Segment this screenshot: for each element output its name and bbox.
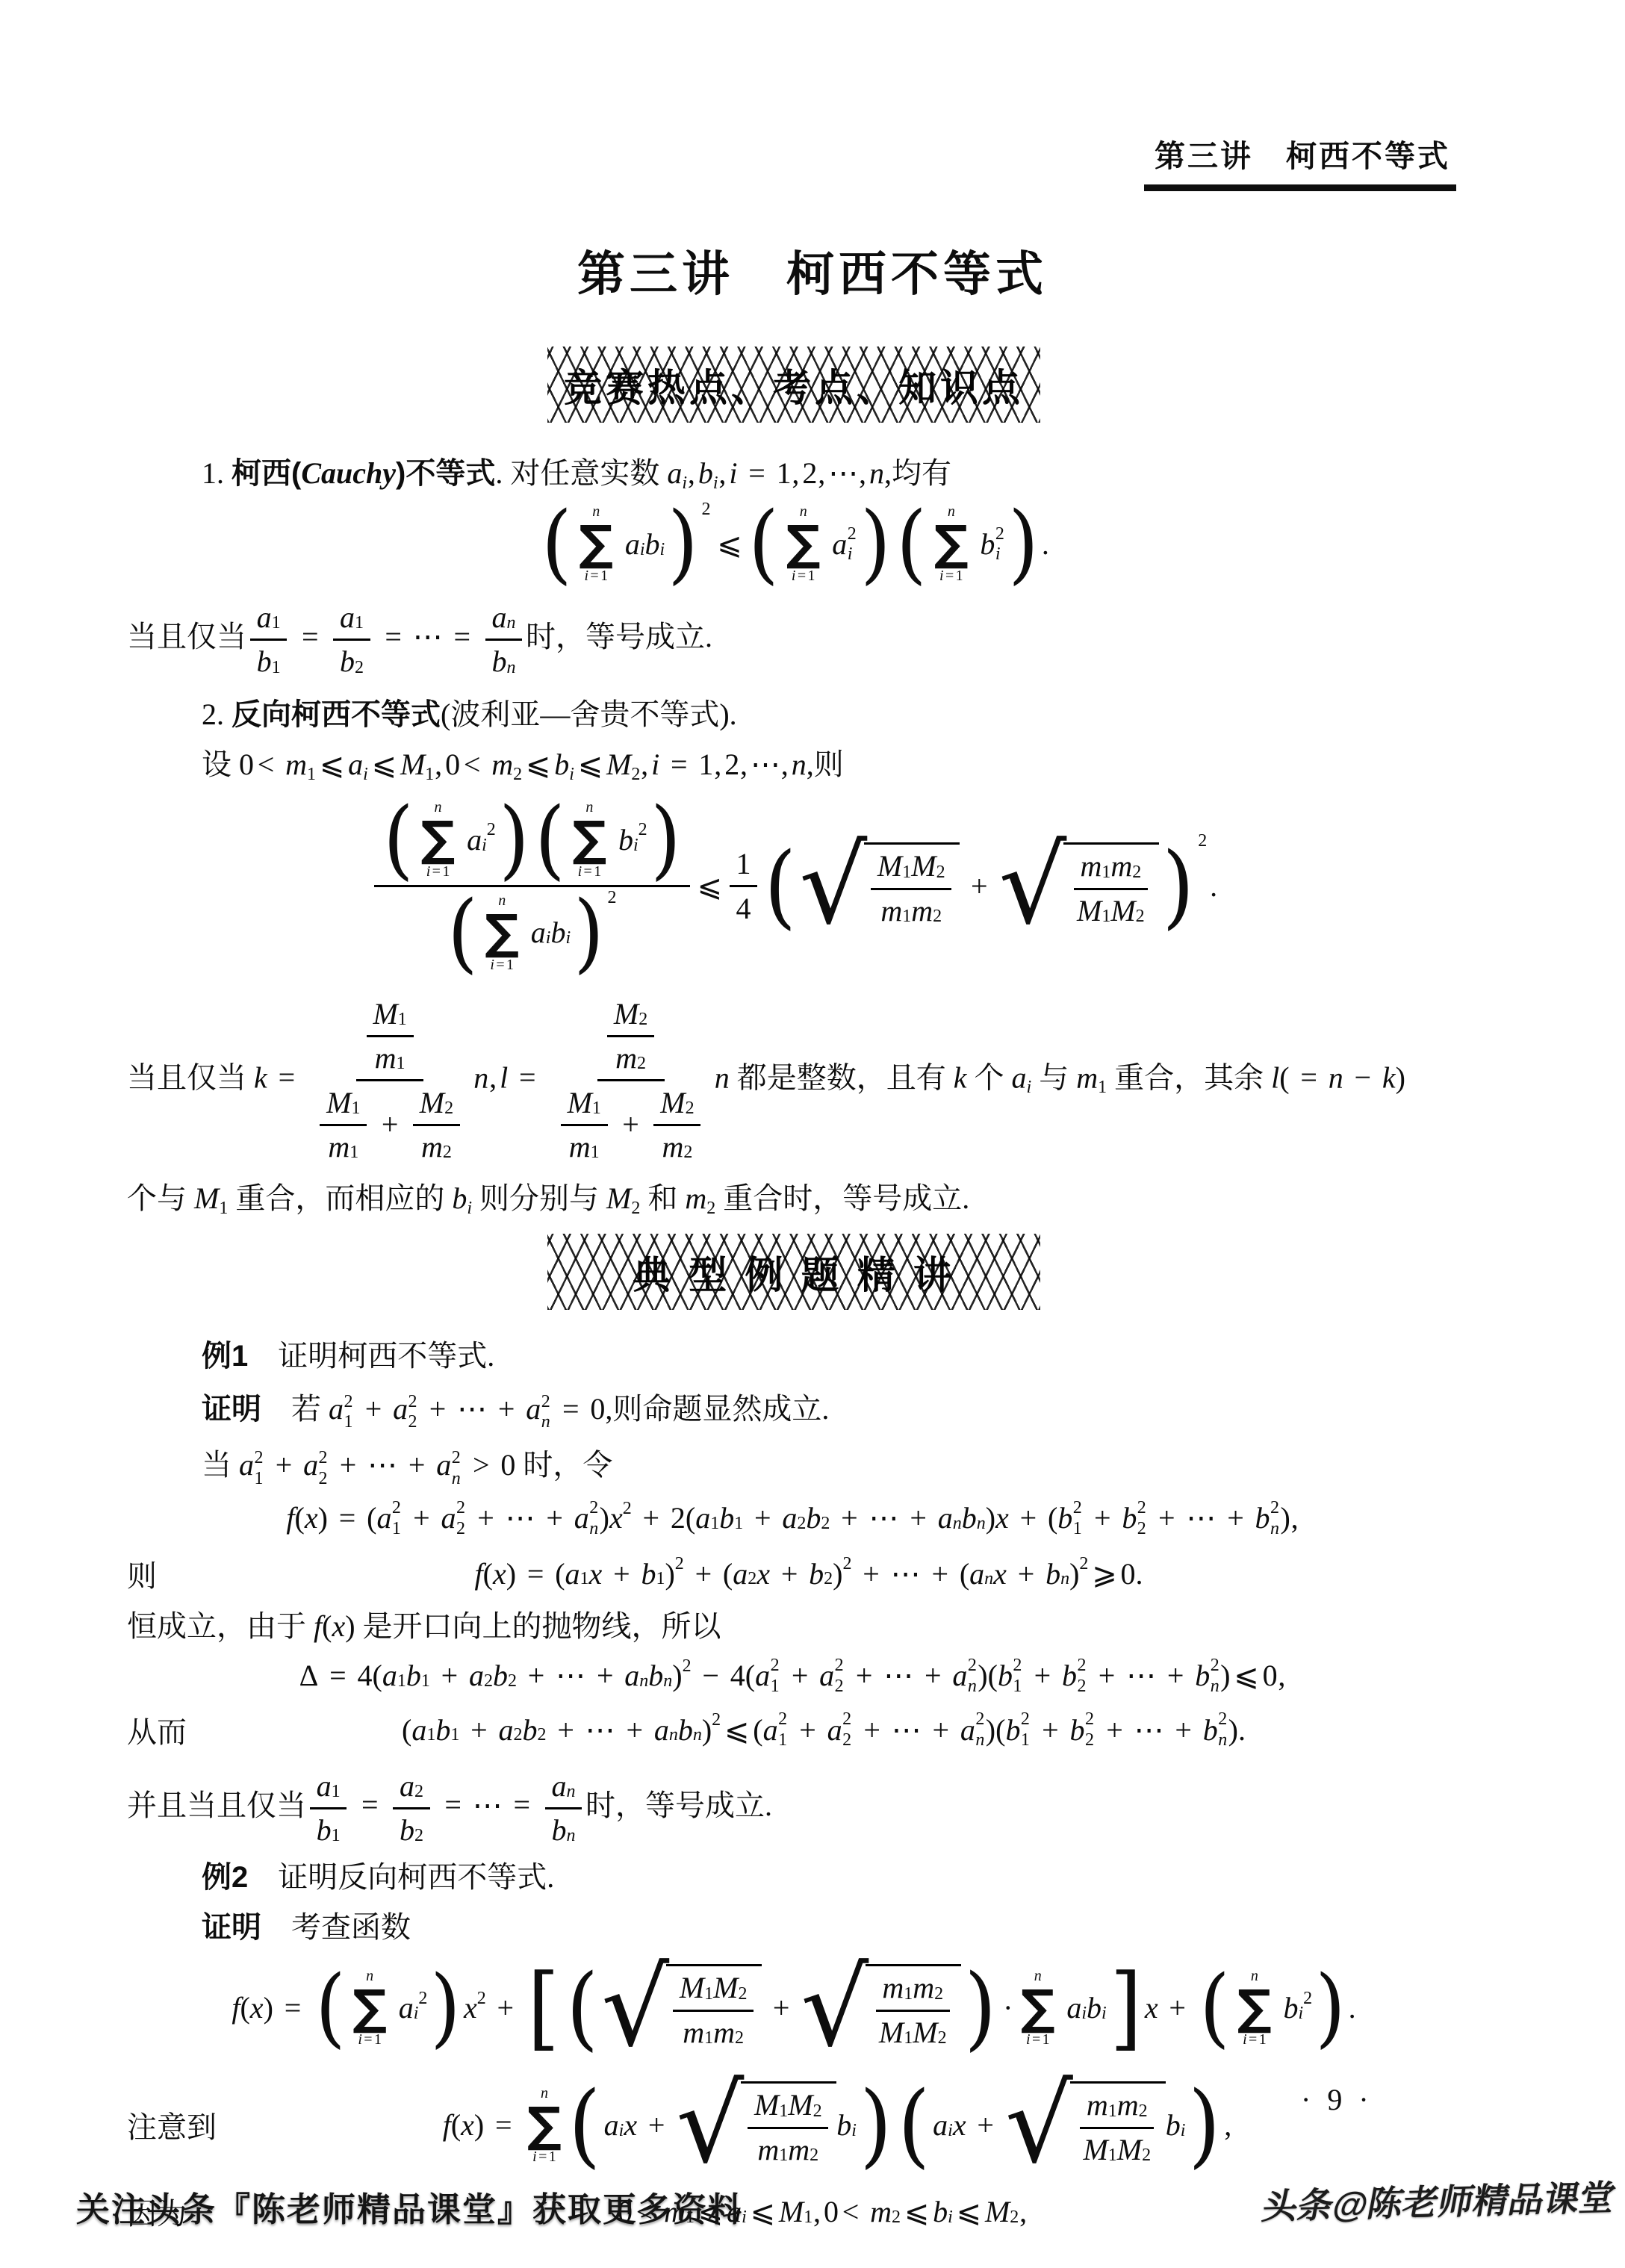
footer-watermark-text: 头条@陈老师精品课堂 [1259, 2170, 1621, 2229]
banner-hotspots-text: 竞赛热点、考点、知识点 [564, 357, 1024, 412]
textbook-page: 第三讲 柯西不等式 第三讲 柯西不等式 竞赛热点、考点、知识点1. 柯西(Cau… [0, 0, 1625, 2268]
page-title: 第三讲 柯西不等式 [0, 236, 1625, 305]
line-item1: 1. 柯西(Cauchy)不等式. 对任意实数 ai,bi,i = 1,2,⋯,… [127, 453, 1461, 495]
banner-examples-text: 典 型 例 题 精 讲 [633, 1244, 955, 1299]
formula-discriminant: Δ = 4(a1b1 + a2b2 + ⋯ + anbn)2 − 4(a21 +… [127, 1655, 1461, 1696]
line-ex1-case2: 当 a21 + a22 + ⋯ + a2n > 0 时，令 [127, 1444, 1461, 1488]
banner-hotspots: 竞赛热点、考点、知识点 [547, 347, 1040, 423]
line-assume: 设 0< m1⩽ai⩽M1,0< m2⩽bi⩽M2,i = 1,2,⋯,n,则 [127, 744, 1461, 786]
line-ex1: 例1 证明柯西不等式. [127, 1335, 1461, 1378]
line-equality-cond2: 当且仅当 k = M1m1M1m1 + M2m2n,l = M2m2M1m1 +… [127, 995, 1461, 1166]
formula-ex2-fx: f(x) = (n∑i=1 ai2)x2 + [(√M1M2m1m2 + √m1… [127, 1955, 1461, 2062]
formula-cauchy: (n∑i=1 aibi)2⩽(n∑i=1 a2i)(n∑i=1 b2i). [127, 501, 1461, 587]
row-thus: 从而(a1b1 + a2b2 + ⋯ + anbn)2⩽(a21 + a22 +… [127, 1709, 1461, 1751]
formula-fx-def: f(x) = (a21 + a22 + ⋯ + a2n)x2 + 2(a1b1 … [127, 1497, 1461, 1538]
content-body: 竞赛热点、考点、知识点1. 柯西(Cauchy)不等式. 对任意实数 ai,bi… [0, 347, 1625, 2233]
page-header: 第三讲 柯西不等式 [1144, 131, 1456, 191]
page-header-title: 第三讲 柯西不等式 [1155, 139, 1450, 173]
row-then-label: 则 [127, 1553, 157, 1595]
line-ex2-proof: 证明 考查函数 [127, 1907, 1461, 1949]
line-holds: 恒成立，由于 f(x) 是开口向上的抛物线，所以 [127, 1606, 1461, 1648]
footer-promo-text: 关注头条『陈老师精品课堂』获取更多资料 [76, 2182, 743, 2231]
banner-examples: 典 型 例 题 精 讲 [547, 1234, 1040, 1310]
line-item2: 2. 反向柯西不等式(波利亚—舍贵不等式). [127, 694, 1461, 736]
line-ex1-proof: 证明 若 a21 + a22 + ⋯ + a2n = 0,则命题显然成立. [127, 1388, 1461, 1432]
row-note: 注意到f(x) = n∑i=1(aix + √M1M2m1m2bi)(aix +… [127, 2072, 1461, 2178]
formula-reverse-cauchy: (n∑i=1 ai2)(n∑i=1 bi2)(n∑i=1 aibi)2⩽14(√… [127, 797, 1461, 976]
page-number: · 9 · [1301, 2082, 1373, 2117]
line-ex2: 例2 证明反向柯西不等式. [127, 1857, 1461, 1899]
row-note-label: 注意到 [127, 2104, 217, 2146]
line-equality-cond1: 当且仅当a1b1 = a1b2 = ⋯ = anbn时，等号成立. [127, 599, 1461, 680]
row-then: 则f(x) = (a1x + b1)2 + (a2x + b2)2 + ⋯ + … [127, 1553, 1461, 1595]
line-equality-cond3: 并且当且仅当a1b1 = a2b2 = ⋯ = anbn时，等号成立. [127, 1768, 1461, 1849]
line-equality-cond2b: 个与 M1 重合，而相应的 bi 则分别与 M2 和 m2 重合时，等号成立. [127, 1178, 1461, 1220]
row-thus-label: 从而 [127, 1709, 187, 1751]
